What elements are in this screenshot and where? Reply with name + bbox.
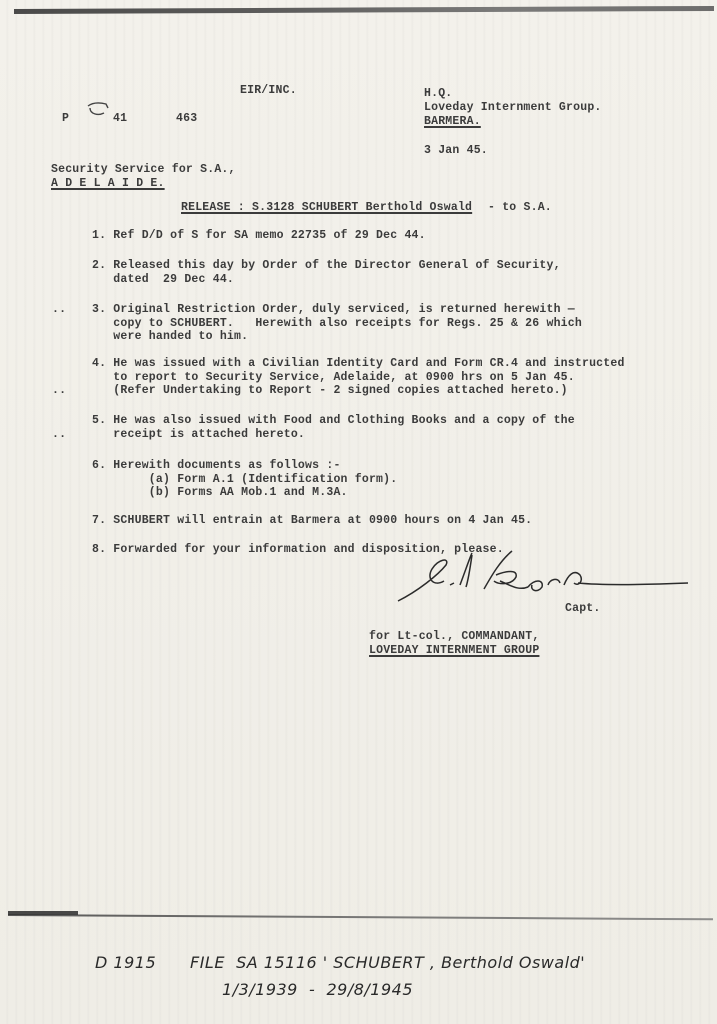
paragraph-line: (a) Form A.1 (Identification form). <box>92 473 397 486</box>
file-number: 41 <box>113 112 127 125</box>
top-border-line <box>14 6 714 14</box>
paragraph-line: 5. He was also issued with Food and Clot… <box>92 414 575 427</box>
paragraph-line: (Refer Undertaking to Report - 2 signed … <box>92 384 568 397</box>
file-prefix: P <box>62 112 69 125</box>
paragraph-line: (b) Forms AA Mob.1 and M.3A. <box>92 486 348 499</box>
location: BARMERA. <box>424 115 481 128</box>
hq-label: H.Q. <box>424 87 452 100</box>
subject-suffix: - to S.A. <box>488 201 552 214</box>
document-page: EIR/INC. P 41 463 H.Q. Loveday Internmen… <box>0 0 717 1024</box>
paragraph-line: 7. SCHUBERT will entrain at Barmera at 0… <box>92 514 532 527</box>
addressee-line1: Security Service for S.A., <box>51 163 236 176</box>
signatory-rank: Capt. <box>565 602 601 615</box>
paragraph-line: 3. Original Restriction Order, duly serv… <box>92 303 575 316</box>
margin-marker: .. <box>52 303 66 316</box>
addressee-line2: A D E L A I D E. <box>51 177 165 190</box>
footer-date-range: 1/3/1939 - 29/8/1945 <box>222 980 413 999</box>
paragraph-line: dated 29 Dec 44. <box>92 273 234 286</box>
subject-line: RELEASE : S.3128 SCHUBERT Berthold Oswal… <box>181 201 472 214</box>
group-name: Loveday Internment Group. <box>424 101 602 114</box>
margin-marker: .. <box>52 384 66 397</box>
paragraph-line: receipt is attached hereto. <box>92 428 305 441</box>
signature-handwritten <box>388 545 688 615</box>
paragraph-line: 1. Ref D/D of S for SA memo 22735 of 29 … <box>92 229 426 242</box>
footer-file: FILE SA 15116 ' SCHUBERT , Berthold Oswa… <box>190 953 585 972</box>
signature-unit: LOVEDAY INTERNMENT GROUP <box>369 644 539 657</box>
file-ref: 463 <box>176 112 197 125</box>
margin-marker: .. <box>52 428 66 441</box>
paragraph-line: were handed to him. <box>92 330 248 343</box>
bottom-border-line <box>8 914 713 920</box>
paragraph-line: 2. Released this day by Order of the Dir… <box>92 259 561 272</box>
paragraph-line: to report to Security Service, Adelaide,… <box>92 371 575 384</box>
handwritten-scribble-icon <box>86 100 116 120</box>
letter-date: 3 Jan 45. <box>424 144 488 157</box>
paragraph-line: 4. He was issued with a Civilian Identit… <box>92 357 625 370</box>
paragraph-line: 6. Herewith documents as follows :- <box>92 459 341 472</box>
footer-id: D 1915 <box>95 953 156 972</box>
paragraph-line: copy to SCHUBERT. Herewith also receipts… <box>92 317 582 330</box>
signature-for-line: for Lt-col., COMMANDANT, <box>369 630 539 643</box>
reference-code: EIR/INC. <box>240 84 297 97</box>
